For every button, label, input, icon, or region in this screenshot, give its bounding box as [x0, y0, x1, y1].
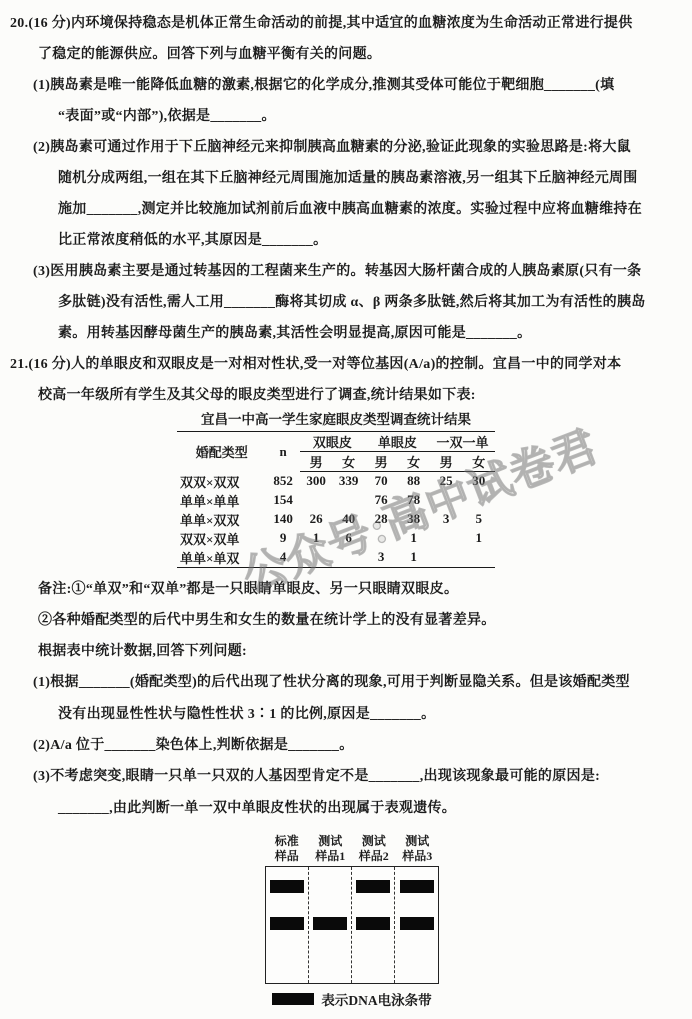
count-cell: [462, 548, 495, 568]
text-line-1: 20.(16 分)内环境保持稳态是机体正常生命活动的前提,其中适宜的血糖浓度为生…: [10, 14, 633, 34]
n-cell: 154: [266, 491, 300, 510]
header-double-eyelid: 双眼皮: [300, 432, 365, 452]
count-cell: [430, 491, 463, 510]
text-line-15: ②各种婚配类型的后代中男生和女生的数量在统计学上的没有显著差异。: [38, 611, 496, 631]
mating-type-cell: 单单×双双: [177, 510, 266, 529]
count-cell: 1: [397, 548, 430, 568]
n-cell: 4: [266, 548, 300, 568]
count-cell: 88: [397, 472, 430, 491]
text-line-4: “表面”或“内部”),依据是_______。: [58, 107, 276, 127]
subheader-male: 男: [430, 452, 463, 472]
dna-band: [400, 880, 434, 893]
text-line-14: 备注:①“单双”和“双单”都是一只眼睛单眼皮、另一只眼睛双眼皮。: [38, 580, 458, 600]
text-line-6: 随机分成两组,一组在其下丘脑神经元周围施加适量的胰岛素溶液,另一组其下丘脑神经元…: [58, 169, 638, 189]
dna-band: [313, 917, 347, 930]
count-cell: 1: [397, 529, 430, 548]
mating-type-cell: 单单×单双: [177, 548, 266, 568]
table-title: 宜昌一中高一学生家庭眼皮类型调查统计结果: [177, 408, 495, 428]
exam-page: 20.(16 分)内环境保持稳态是机体正常生命活动的前提,其中适宜的血糖浓度为生…: [0, 0, 692, 1019]
lane-label-test2: 测试样品2: [352, 834, 396, 864]
count-cell: 28: [365, 510, 398, 529]
survey-table-section: 宜昌一中高一学生家庭眼皮类型调查统计结果 婚配类型 n 双眼皮 单眼皮 一双一单…: [177, 408, 495, 568]
subheader-female: 女: [397, 452, 430, 472]
count-cell: 1: [300, 529, 333, 548]
count-cell: [462, 491, 495, 510]
lane-label-standard: 标准样品: [265, 834, 309, 864]
table-row: 双双×双单91611: [177, 529, 495, 548]
text-line-21: _______,由此判断一单一双中单眼皮性状的出现属于表观遗传。: [58, 799, 456, 819]
gel-lane-labels: 标准样品 测试样品1 测试样品2 测试样品3: [265, 834, 439, 864]
text-line-11: 素。用转基因酵母菌生产的胰岛素,其活性会明显提高,原因可能是_______。: [58, 324, 531, 344]
count-cell: 5: [462, 510, 495, 529]
count-cell: [430, 529, 463, 548]
subheader-male: 男: [365, 452, 398, 472]
count-cell: 3: [365, 548, 398, 568]
count-cell: 1: [462, 529, 495, 548]
text-line-18: 没有出现显性性状与隐性性状 3∶1 的比例,原因是_______。: [58, 705, 435, 725]
table-row: 单单×单单1547678: [177, 491, 495, 510]
count-cell: 70: [365, 472, 398, 491]
header-single-eyelid: 单眼皮: [365, 432, 430, 452]
mating-type-cell: 单单×单单: [177, 491, 266, 510]
text-line-10: 多肽链)没有活性,需人工用_______酶将其切成 α、β 两条多肽链,然后将其…: [58, 293, 646, 313]
eyelid-survey-table: 婚配类型 n 双眼皮 单眼皮 一双一单 男 女 男 女 男 女 双双×双双852…: [177, 431, 495, 568]
text-line-16: 根据表中统计数据,回答下列问题:: [38, 642, 247, 662]
lane-label-test1: 测试样品1: [309, 834, 353, 864]
count-cell: 76: [365, 491, 398, 510]
header-n: n: [266, 432, 300, 472]
count-cell: 300: [300, 472, 333, 491]
count-cell: [300, 548, 333, 568]
count-cell: [332, 548, 365, 568]
count-cell: [332, 491, 365, 510]
text-line-7: 施加_______,测定并比较施加试剂前后血液中胰高血糖素的浓度。实验过程中应将…: [58, 200, 642, 220]
text-line-20: (3)不考虑突变,眼睛一只单一只双的人基因型肯定不是_______,出现该现象最…: [33, 767, 600, 787]
dna-band: [356, 917, 390, 930]
dna-band: [270, 917, 304, 930]
count-cell: 40: [332, 510, 365, 529]
gel-lane-standard: [266, 867, 309, 983]
count-cell: 78: [397, 491, 430, 510]
gel-lane-test3: [395, 867, 438, 983]
count-cell: [365, 529, 398, 548]
table-row: 单单×双双1402640283835: [177, 510, 495, 529]
mating-type-cell: 双双×双单: [177, 529, 266, 548]
text-line-2: 了稳定的能源供应。回答下列与血糖平衡有关的问题。: [38, 45, 381, 65]
count-cell: [300, 491, 333, 510]
gel-box: [265, 866, 439, 984]
text-line-13: 校高一年级所有学生及其父母的眼皮类型进行了调查,统计结果如下表:: [38, 386, 476, 406]
count-cell: 3: [430, 510, 463, 529]
n-cell: 852: [266, 472, 300, 491]
dna-band: [356, 880, 390, 893]
lane-label-test3: 测试样品3: [396, 834, 440, 864]
table-group-header-row: 婚配类型 n 双眼皮 单眼皮 一双一单: [177, 432, 495, 452]
text-line-8: 比正常浓度稍低的水平,其原因是_______。: [58, 231, 327, 251]
subheader-male: 男: [300, 452, 333, 472]
gel-electrophoresis-figure: 标准样品 测试样品1 测试样品2 测试样品3 表示DNA电泳条带: [265, 834, 439, 1009]
count-cell: 38: [397, 510, 430, 529]
table-row: 单单×单双431: [177, 548, 495, 568]
subheader-female: 女: [462, 452, 495, 472]
subheader-female: 女: [332, 452, 365, 472]
text-line-17: (1)根据_______(婚配类型)的后代出现了性状分离的现象,可用于判断显隐关…: [33, 673, 630, 693]
count-cell: 26: [300, 510, 333, 529]
dna-band: [400, 917, 434, 930]
table-row: 双双×双双85230033970882530: [177, 472, 495, 491]
count-cell: 25: [430, 472, 463, 491]
header-mating-type: 婚配类型: [177, 432, 266, 472]
text-line-9: (3)医用胰岛素主要是通过转基因的工程菌来生产的。转基因大肠杆菌合成的人胰岛素原…: [33, 262, 641, 282]
text-line-12: 21.(16 分)人的单眼皮和双眼皮是一对相对性状,受一对等位基因(A/a)的控…: [10, 355, 621, 375]
gel-lane-test2: [352, 867, 395, 983]
text-line-3: (1)胰岛素是唯一能降低血糖的激素,根据它的化学成分,推测其受体可能位于靶细胞_…: [33, 76, 614, 96]
mating-type-cell: 双双×双双: [177, 472, 266, 491]
count-cell: 30: [462, 472, 495, 491]
count-cell: 6: [332, 529, 365, 548]
gel-legend: 表示DNA电泳条带: [265, 989, 439, 1009]
dna-band-swatch-icon: [272, 993, 314, 1005]
text-line-19: (2)A/a 位于_______染色体上,判断依据是_______。: [33, 736, 354, 756]
count-cell: 339: [332, 472, 365, 491]
header-one-double-one-single: 一双一单: [430, 432, 495, 452]
gel-legend-label: 表示DNA电泳条带: [321, 989, 431, 1009]
text-line-5: (2)胰岛素可通过作用于下丘脑神经元来抑制胰高血糖素的分泌,验证此现象的实验思路…: [33, 138, 631, 158]
n-cell: 140: [266, 510, 300, 529]
gel-lane-test1: [309, 867, 352, 983]
n-cell: 9: [266, 529, 300, 548]
count-cell: [430, 548, 463, 568]
dna-band: [270, 880, 304, 893]
